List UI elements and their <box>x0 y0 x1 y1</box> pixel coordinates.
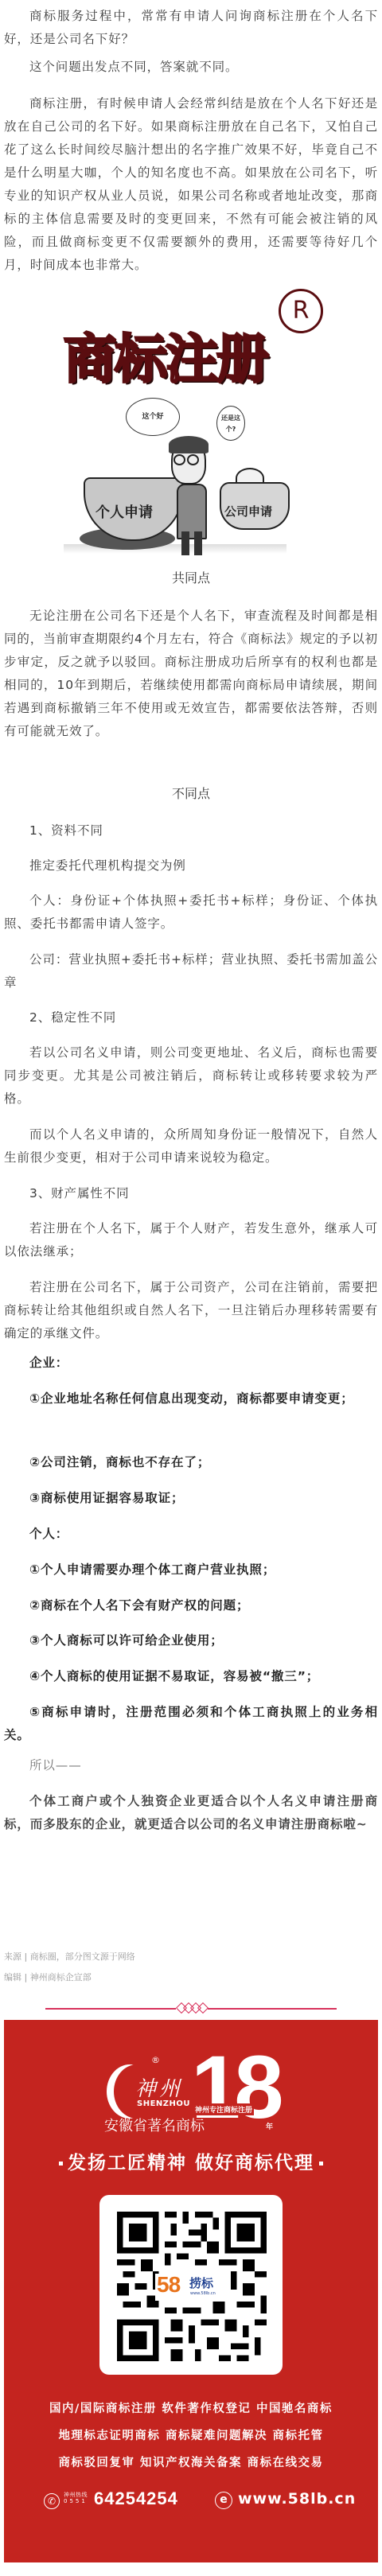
qr-logo-text: 捞标 <box>189 2274 213 2291</box>
years-unit: 年 <box>266 2121 273 2131</box>
editor-credit: 编辑 | 神州商标企宣部 <box>4 1971 92 1983</box>
section-1-title: 1、资料不同 <box>4 819 378 842</box>
hotline-number[interactable]: 64254254 <box>94 2488 178 2509</box>
section-1-paragraph-3: 公司：营业执照+委托书+标样；营业执照、委托书需加盖公章 <box>4 948 378 994</box>
services-line-2: 地理标志证明商标 商标疑难问题解决 商标托管 <box>4 2426 378 2443</box>
qr-logo-number: 58 <box>157 2272 180 2298</box>
enterprise-item-2: ②公司注销，商标也不存在了； <box>4 1451 378 1474</box>
personal-label: 个人： <box>4 1523 378 1546</box>
section-3-paragraph-2: 若注册在公司名下，属于公司资产，公司在注销前，需要把商标转让给其他组织或自然人名… <box>4 1276 378 1345</box>
common-heading: 共同点 <box>0 568 382 586</box>
years-tagline: 神州专注商标注册 <box>193 2103 254 2115</box>
section-1-paragraph-2: 个人：身份证+个体执照+委托书+标样；身份证、个体执照、委托书都需申请人签字。 <box>4 889 378 936</box>
slogan-text: 发扬工匠精神 做好商标代理 <box>68 2153 314 2173</box>
personal-item-3: ③个人商标可以许可给企业使用； <box>4 1629 378 1652</box>
slogan: 发扬工匠精神 做好商标代理 <box>4 2148 378 2174</box>
section-1-paragraph-1: 推定委托代理机构提交为例 <box>4 854 378 877</box>
brand-name-cn: 神州 <box>135 2072 183 2102</box>
section-2-title: 2、稳定性不同 <box>4 1006 378 1029</box>
speech-bubble-left: 这个好 <box>126 398 180 436</box>
services-line-1: 国内/国际商标注册 软件著作权登记 中国驰名商标 <box>4 2399 378 2416</box>
enterprise-item-1: ①企业地址名称任何信息出现变动，商标都要申请变更； <box>4 1387 378 1411</box>
years-number: 18 <box>191 2043 278 2132</box>
brand-subtitle: 安徽省著名商标 <box>104 2115 205 2135</box>
speech-bubble-right: 还是这个? <box>216 406 245 441</box>
ingot-label: 公司申请 <box>224 503 272 519</box>
bowl-label: 个人申请 <box>95 501 153 522</box>
personal-item-5: ⑤商标申请时，注册范围必须和个体工商执照上的业务相关。 <box>4 1701 378 1747</box>
brand-registered-mark: ® <box>151 2055 160 2065</box>
hotline-label: 神州热线 0551 <box>64 2492 88 2504</box>
common-paragraph: 无论注册在公司名下还是个人名下，审查流程及时间都是相同的，当前审查期限约4个月左… <box>4 605 378 743</box>
person-hair <box>169 436 209 453</box>
personal-item-4: ④个人商标的使用证据不易取证，容易被“撤三”； <box>4 1665 378 1688</box>
brand-name-en: SHENZHOU <box>137 2099 190 2108</box>
diamond-chain-icon <box>176 2002 208 2014</box>
web-icon: e <box>215 2492 232 2509</box>
section-2-paragraph-2: 而以个人名义申请的，众所周知身份证一般情况下，自然人生前很少变更，相对于公司申请… <box>4 1123 378 1169</box>
section-3-title: 3、财产属性不同 <box>4 1182 378 1205</box>
intro-paragraph-2: 这个问题出发点不同，答案就不同。 <box>4 56 378 79</box>
glasses-icon <box>173 453 202 465</box>
enterprise-label: 企业： <box>4 1352 378 1375</box>
personal-item-1: ①个人申请需要办理个体工商户营业执照； <box>4 1558 378 1582</box>
illustration-title: 商标注册 <box>64 317 267 392</box>
section-2-paragraph-1: 若以公司名义申请，则公司变更地址、名义后，商标也需要同步变更。尤其是公司被注销后… <box>4 1041 378 1111</box>
personal-item-2: ②商标在个人名下会有财产权的问题； <box>4 1594 378 1617</box>
source-credit: 来源 | 商标圈，部分图文源于网络 <box>4 1950 135 1963</box>
so-label: 所以—— <box>4 1754 378 1777</box>
website-url[interactable]: www.58lb.cn <box>238 2490 356 2508</box>
services-line-3: 商标驳回复审 知识产权海关备案 商标在线交易 <box>4 2453 378 2470</box>
decorative-divider <box>45 2002 337 2014</box>
trademark-illustration: 商标注册 R 这个好 还是这个? 个人申请 公司申请 <box>0 269 382 557</box>
enterprise-item-3: ③商标使用证据容易取证； <box>4 1487 378 1510</box>
registered-mark-icon: R <box>279 289 323 333</box>
qr-logo-url: www.58lb.cn <box>190 2291 216 2296</box>
differences-heading: 不同点 <box>0 784 382 802</box>
section-3-paragraph-1: 若注册在个人名下，属于个人财产，若发生意外，继承人可以依法继承； <box>4 1217 378 1263</box>
phone-icon: ✆ <box>44 2493 60 2509</box>
conclusion-paragraph: 个体工商户或个人独资企业更适合以个人名义申请注册商标，而多股东的企业，就更适合以… <box>4 1790 378 1836</box>
intro-paragraph-1: 商标服务过程中，常常有申请人问询商标注册在个人名下好，还是公司名下好？ <box>4 5 378 51</box>
person-legs <box>181 531 202 555</box>
intro-paragraph-3: 商标注册，有时候申请人会经常纠结是放在个人名下好还是放在自己公司的名下好。如果商… <box>4 92 378 277</box>
